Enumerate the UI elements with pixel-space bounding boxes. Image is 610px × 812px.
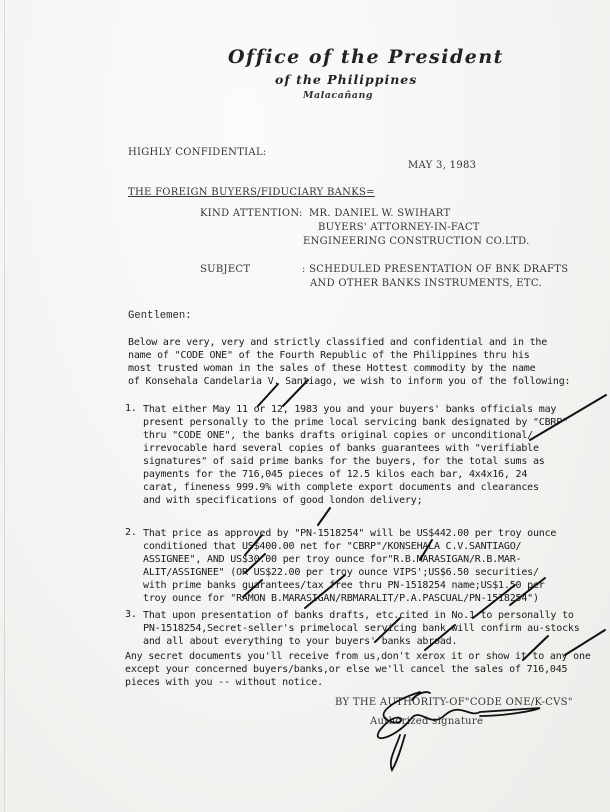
attention-name: MR. DANIEL W. SWIHART bbox=[309, 208, 450, 219]
subject-label: SUBJECT bbox=[200, 264, 250, 275]
letterhead-palace: Malacañang bbox=[303, 90, 373, 101]
scan-edge bbox=[4, 0, 5, 812]
item-line: and all about everything to your buyers'… bbox=[143, 635, 610, 648]
authority-line: BY THE AUTHORITY-OF"CODE ONE/K-CVS" bbox=[335, 697, 573, 708]
item-line: That either May 11 or 12, 1983 you and y… bbox=[143, 403, 610, 416]
item-2-number: 2. bbox=[125, 527, 137, 538]
intro-line: of Konsehala Candelaria V. Santiago, we … bbox=[128, 375, 608, 388]
item-line: with prime banks guarantees/tax free thr… bbox=[143, 579, 610, 592]
item-line: carat, fineness 999.9% with complete exp… bbox=[143, 481, 610, 494]
item-line: irrevocable hard several copies of banks… bbox=[143, 442, 610, 455]
attention-label: KIND ATTENTION: bbox=[200, 208, 303, 219]
item-line: ALIT/ASSIGNEE" (OR US$22.00 per troy oun… bbox=[143, 566, 610, 579]
item-line: That price as approved by "PN-1518254" w… bbox=[143, 527, 610, 540]
classification-label: HIGHLY CONFIDENTIAL: bbox=[128, 147, 267, 158]
addressee-line: THE FOREIGN BUYERS/FIDUCIARY BANKS= bbox=[128, 187, 375, 198]
closing-line: Any secret documents you'll receive from… bbox=[125, 650, 605, 663]
item-line: That upon presentation of banks drafts, … bbox=[143, 609, 610, 622]
check-mark-icon bbox=[318, 508, 330, 525]
item-line: present personally to the prime local se… bbox=[143, 416, 610, 429]
item-1-number: 1. bbox=[125, 403, 137, 414]
item-line: PN-1518254,Secret-seller's primelocal se… bbox=[143, 622, 610, 635]
closing-line: except your concerned buyers/banks,or el… bbox=[125, 663, 605, 676]
item-3-number: 3. bbox=[125, 609, 137, 620]
closing-line: pieces with you -- without notice. bbox=[125, 676, 605, 689]
letterhead-office: Office of the President bbox=[228, 46, 504, 68]
item-line: payments for the 716,045 pieces of 12.5 … bbox=[143, 468, 610, 481]
document-page: Office of the President of the Philippin… bbox=[0, 0, 610, 812]
intro-line: Below are very, very and strictly classi… bbox=[128, 336, 608, 349]
salutation: Gentlemen: bbox=[128, 310, 192, 322]
signature-label: Authorized signature bbox=[370, 716, 483, 727]
item-2-text: That price as approved by "PN-1518254" w… bbox=[143, 527, 610, 605]
item-line: and with specifications of good london d… bbox=[143, 494, 610, 507]
item-line: troy ounce for "RAMON B.MARASIGAN/RBMARA… bbox=[143, 592, 610, 605]
item-1-text: That either May 11 or 12, 1983 you and y… bbox=[143, 403, 610, 507]
item-line: conditioned that US$400.00 net for "CBRP… bbox=[143, 540, 610, 553]
item-line: thru "CODE ONE", the banks drafts origin… bbox=[143, 429, 610, 442]
attention-title: BUYERS' ATTORNEY-IN-FACT bbox=[318, 222, 480, 233]
intro-paragraph: Below are very, very and strictly classi… bbox=[128, 336, 608, 388]
item-3-text: That upon presentation of banks drafts, … bbox=[143, 609, 610, 648]
subject-line-2: AND OTHER BANKS INSTRUMENTS, ETC. bbox=[310, 278, 542, 289]
letter-date: MAY 3, 1983 bbox=[408, 160, 476, 171]
item-line: signatures" of said prime banks for the … bbox=[143, 455, 610, 468]
closing-paragraph: Any secret documents you'll receive from… bbox=[125, 650, 605, 689]
item-line: ASSIGNEE", AND US$30.00 per troy ounce f… bbox=[143, 553, 610, 566]
intro-line: name of "CODE ONE" of the Fourth Republi… bbox=[128, 349, 608, 362]
subject-line-1: : SCHEDULED PRESENTATION OF BNK DRAFTS bbox=[302, 264, 568, 275]
intro-line: most trusted woman in the sales of these… bbox=[128, 362, 608, 375]
attention-company: ENGINEERING CONSTRUCTION CO.LTD. bbox=[303, 236, 530, 247]
letterhead-country: of the Philippines bbox=[275, 72, 417, 87]
